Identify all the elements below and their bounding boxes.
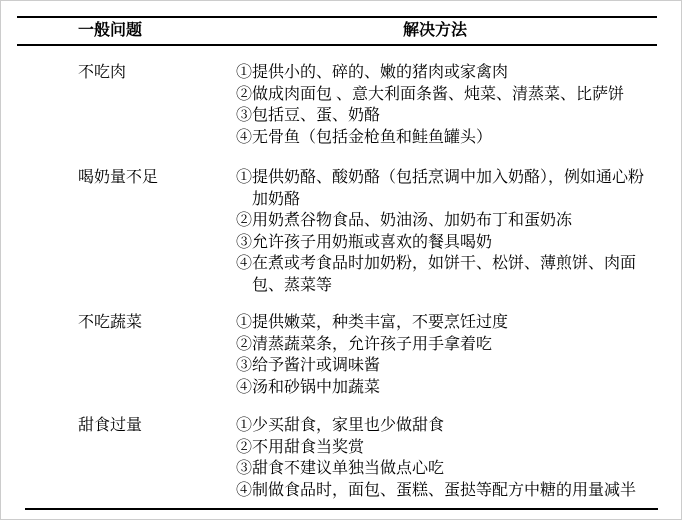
solution-line: ②做成肉面包 、意大利面条酱、炖菜、清蒸菜、比萨饼 xyxy=(236,84,648,106)
solution-line: ①提供小的、碎的、嫩的猪肉或家禽肉 xyxy=(236,62,648,84)
problem-label: 喝奶量不足 xyxy=(78,167,158,189)
solution-line: ④汤和砂锅中加蔬菜 xyxy=(236,377,648,399)
solution-list: ①提供嫩菜，种类丰富，不要烹饪过度 ②清蒸蔬菜条，允许孩子用手拿着吃 ③给予酱汁… xyxy=(236,312,648,398)
problem-label: 不吃肉 xyxy=(78,62,126,84)
column-header-solution: 解决方法 xyxy=(403,20,467,41)
problem-label: 不吃蔬菜 xyxy=(78,312,142,334)
solution-line: ④在煮或考食品时加奶粉，如饼干、松饼、薄煎饼、肉面包、蒸菜等 xyxy=(236,253,648,296)
solution-line: ④制做食品时，面包、蛋糕、蛋挞等配方中糖的用量减半 xyxy=(236,480,648,502)
solution-list: ①提供小的、碎的、嫩的猪肉或家禽肉 ②做成肉面包 、意大利面条酱、炖菜、清蒸菜、… xyxy=(236,62,648,148)
problem-label: 甜食过量 xyxy=(78,415,142,437)
column-header-problem: 一般问题 xyxy=(78,20,142,41)
header-divider-rule xyxy=(17,44,657,46)
solution-line: ①少买甜食，家里也少做甜食 xyxy=(236,415,648,437)
solution-line: ③允许孩子用奶瓶或喜欢的餐具喝奶 xyxy=(236,232,648,254)
solution-line: ①提供嫩菜，种类丰富，不要烹饪过度 xyxy=(236,312,648,334)
solution-line: ②清蒸蔬菜条，允许孩子用手拿着吃 xyxy=(236,334,648,356)
solution-line: ①提供奶酪、酸奶酪（包括烹调中加入奶酪），例如通心粉加奶酪 xyxy=(236,167,648,210)
table-bottom-rule xyxy=(25,508,658,510)
table-top-rule xyxy=(17,16,657,18)
solution-list: ①提供奶酪、酸奶酪（包括烹调中加入奶酪），例如通心粉加奶酪 ②用奶煮谷物食品、奶… xyxy=(236,167,648,296)
solution-line: ④无骨鱼（包括金枪鱼和鲑鱼罐头） xyxy=(236,127,648,149)
solution-line: ③包括豆、蛋、奶酪 xyxy=(236,105,648,127)
solution-line: ②用奶煮谷物食品、奶油汤、加奶布丁和蛋奶冻 xyxy=(236,210,648,232)
feeding-problems-table: 一般问题 解决方法 不吃肉 ①提供小的、碎的、嫩的猪肉或家禽肉 ②做成肉面包 、… xyxy=(0,0,682,520)
solution-line: ③甜食不建议单独当做点心吃 xyxy=(236,458,648,480)
solution-line: ③给予酱汁或调味酱 xyxy=(236,355,648,377)
solution-line: ②不用甜食当奖赏 xyxy=(236,437,648,459)
solution-list: ①少买甜食，家里也少做甜食 ②不用甜食当奖赏 ③甜食不建议单独当做点心吃 ④制做… xyxy=(236,415,648,501)
